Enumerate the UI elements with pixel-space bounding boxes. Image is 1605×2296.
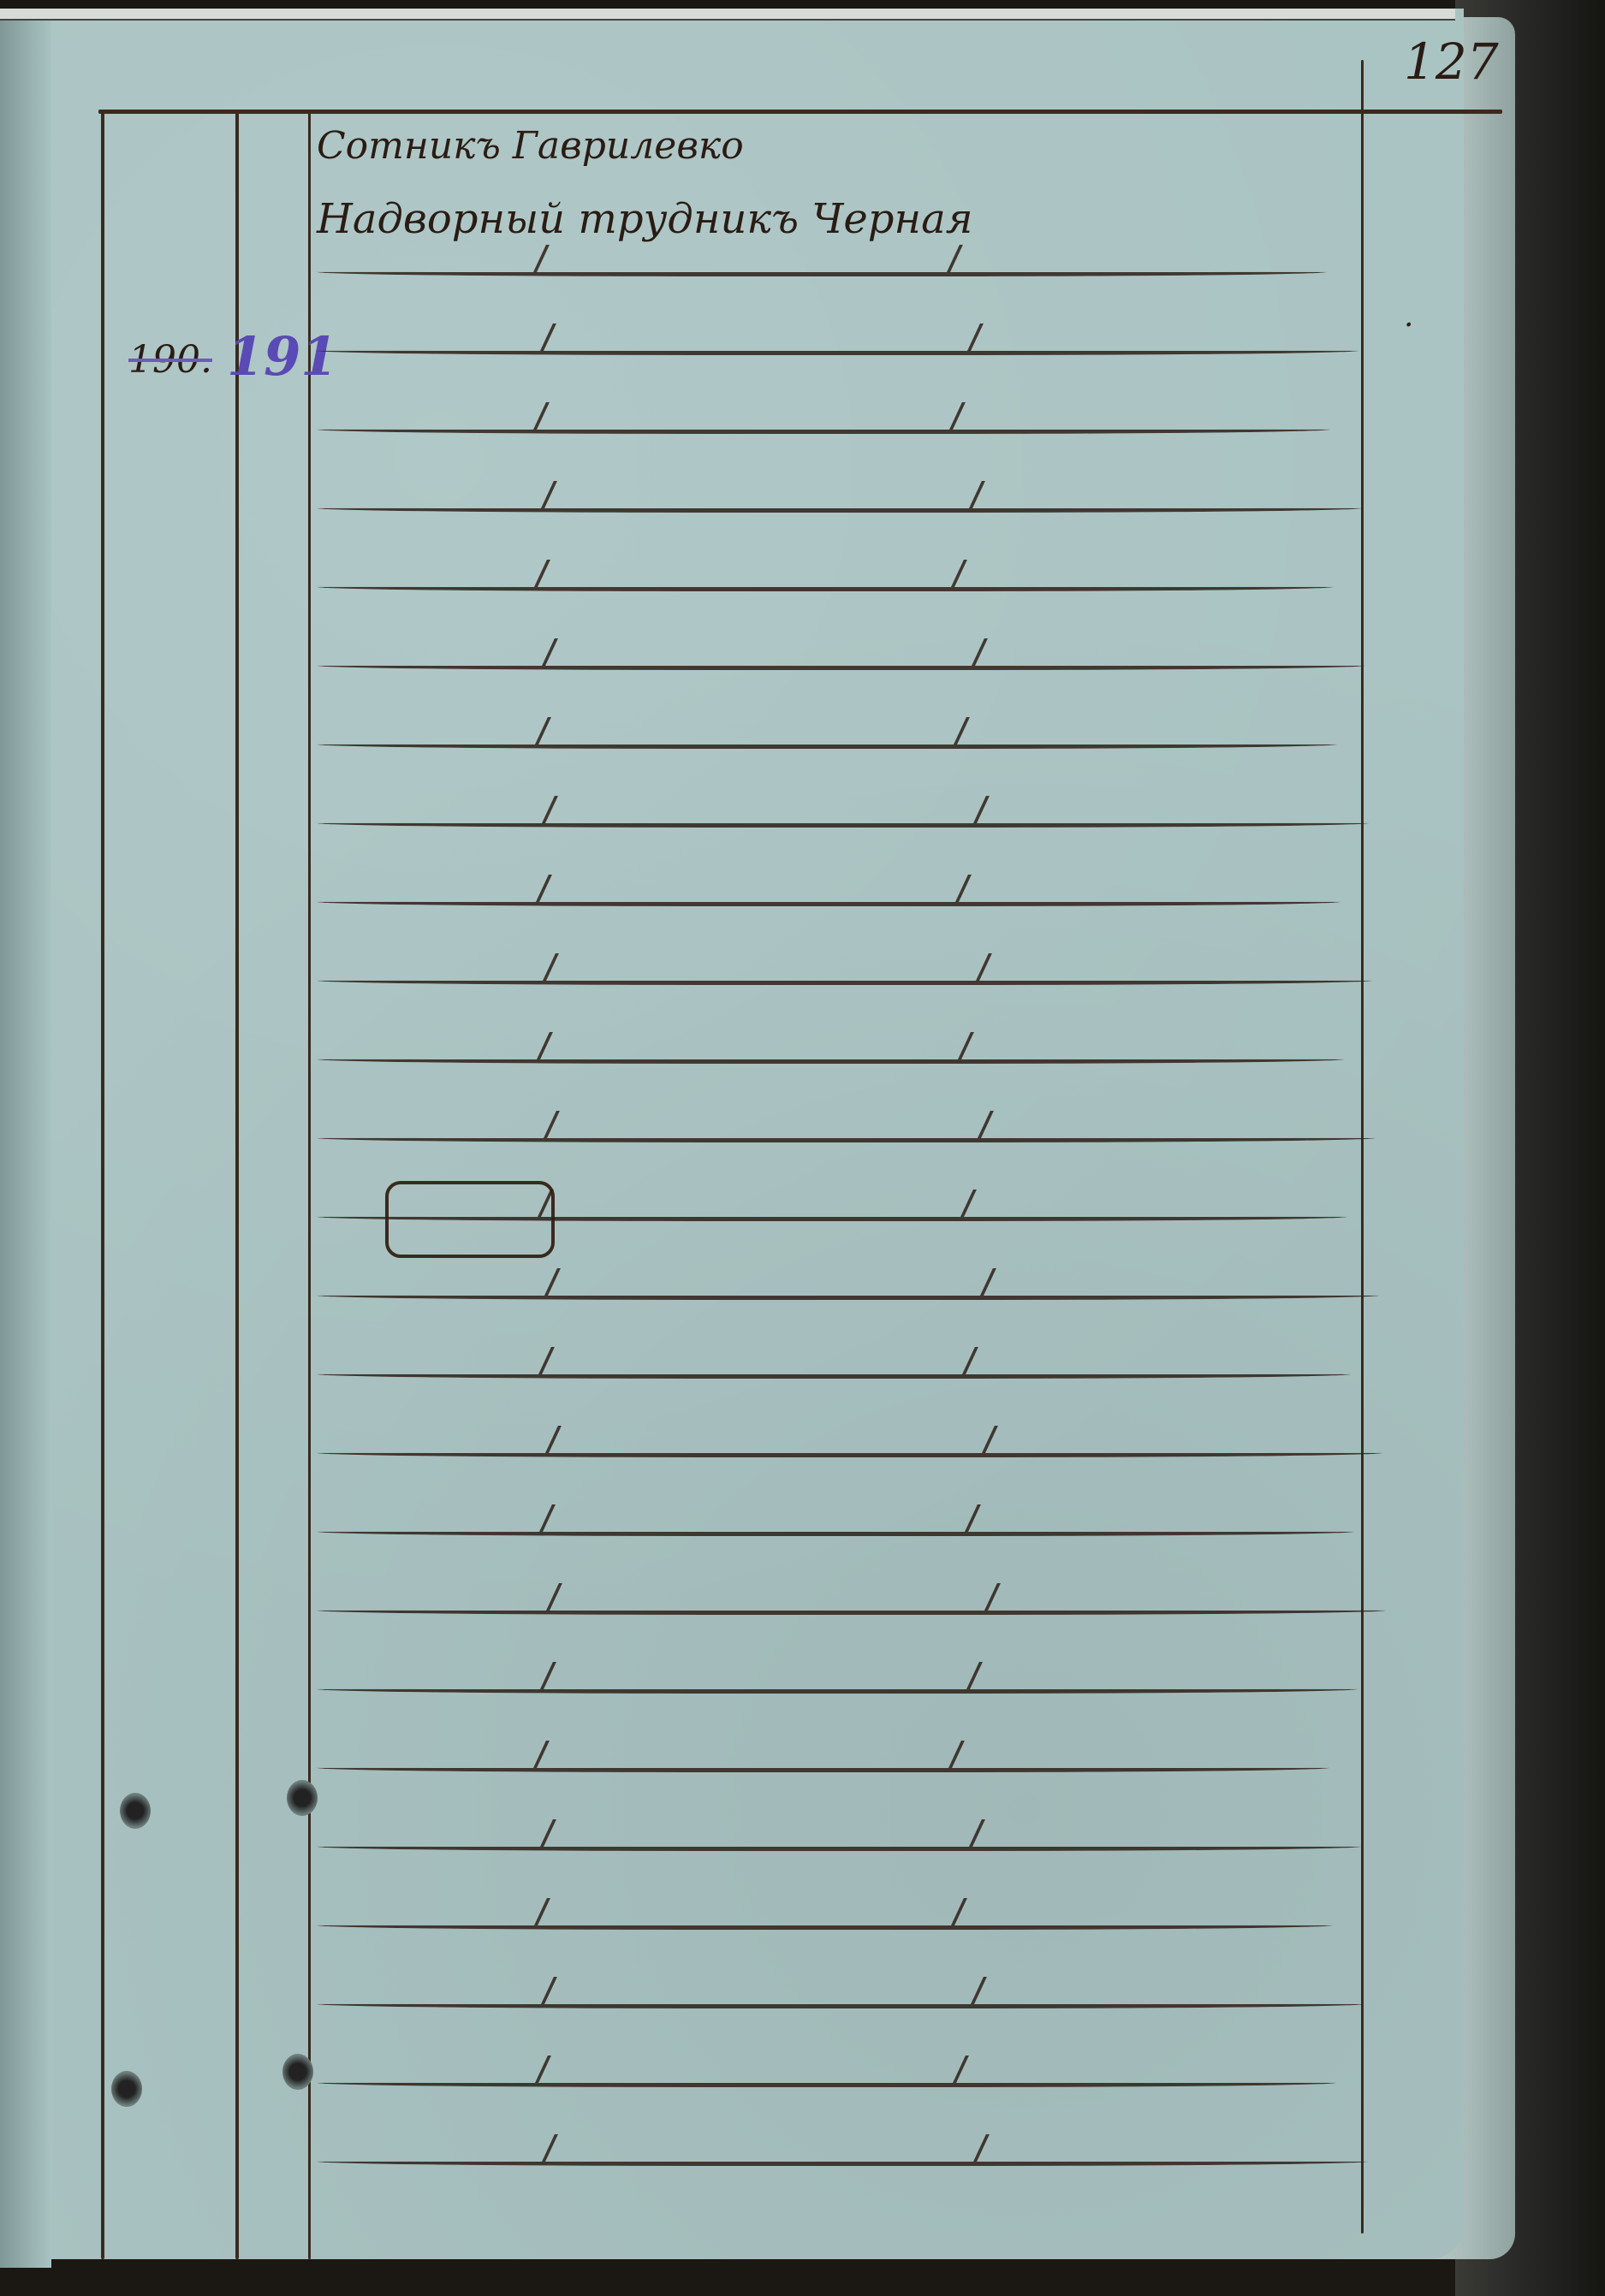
binding-hole <box>287 1780 318 1816</box>
handwritten-line <box>317 1919 1333 1930</box>
binding-hole <box>120 1793 151 1829</box>
handwritten-line <box>317 816 1369 828</box>
handwritten-line <box>317 974 1372 985</box>
handwritten-line <box>317 1210 1347 1221</box>
handwritten-line <box>317 501 1362 513</box>
manuscript-page: 127 190. 191 Сотникъ Гаврилевко Надворны… <box>0 9 1464 2259</box>
handwritten-line <box>317 265 1327 276</box>
handwritten-line <box>317 738 1337 749</box>
handwritten-line <box>317 1446 1382 1457</box>
handwritten-line <box>317 2155 1368 2166</box>
page-number: 127 <box>1404 33 1499 91</box>
handwritten-line <box>317 1604 1386 1615</box>
header-line-2: Надворный трудникъ Черная <box>317 195 973 243</box>
handwritten-line <box>317 1997 1364 2008</box>
folio-number-old: 190. <box>128 338 212 382</box>
handwritten-line <box>317 1368 1351 1379</box>
folio-number-new: 191 <box>227 325 337 388</box>
handwritten-line <box>317 1682 1358 1694</box>
page-fold-shadow <box>0 17 51 2268</box>
handwritten-line <box>317 1525 1354 1536</box>
folio-column-rule <box>235 111 239 2259</box>
binding-hole <box>282 2054 313 2090</box>
margin-annotation: · <box>1404 308 1413 343</box>
handwritten-line <box>317 895 1340 906</box>
handwritten-line <box>317 423 1330 434</box>
handwritten-line <box>317 1840 1361 1851</box>
handwritten-line <box>317 344 1358 355</box>
header-line-1: Сотникъ Гаврилевко <box>317 124 744 168</box>
binding-hole <box>111 2071 142 2107</box>
handwritten-line <box>317 580 1334 591</box>
text-column-rule <box>308 111 311 2259</box>
handwritten-line <box>317 659 1365 670</box>
scan-top-edge <box>0 9 1455 21</box>
handwritten-line <box>317 1131 1376 1142</box>
handwritten-line <box>317 1289 1379 1300</box>
handwritten-line <box>317 2076 1336 2087</box>
left-margin-rule <box>101 111 104 2259</box>
handwritten-line <box>317 1053 1344 1064</box>
handwritten-line <box>317 1761 1329 1772</box>
right-margin-rule <box>1361 60 1364 2234</box>
